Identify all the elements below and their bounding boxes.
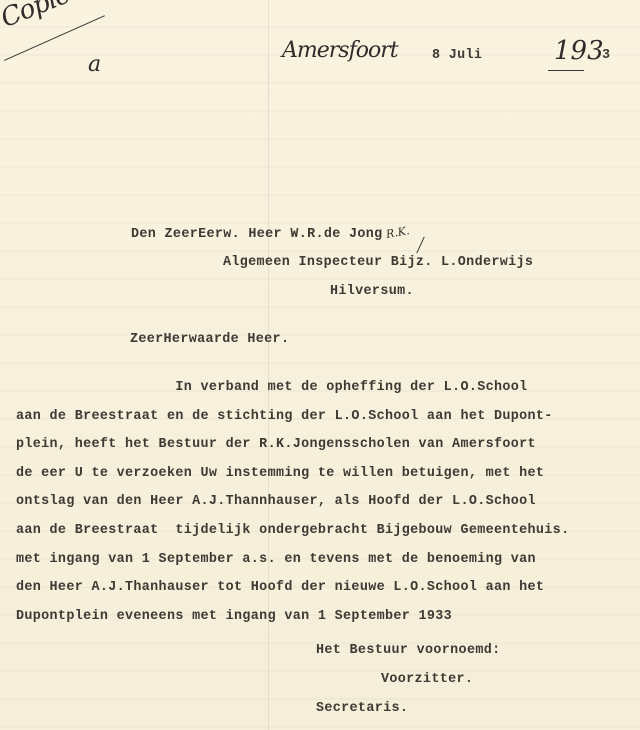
- body-line: aan de Breestraat en de stichting der L.…: [16, 409, 553, 425]
- closing-secretary: Secretaris.: [316, 701, 408, 717]
- closing-chairman: Voorzitter.: [381, 672, 473, 688]
- body-line: In verband met de opheffing der L.O.Scho…: [16, 380, 528, 396]
- addressee-title: Algemeen Inspecteur Bijz. L.Onderwijs: [223, 255, 533, 271]
- year-underline: [548, 70, 584, 71]
- body-line: ontslag van den Heer A.J.Thannhauser, al…: [16, 494, 536, 510]
- body-line: aan de Breestraat tijdelijk ondergebrach…: [16, 523, 569, 539]
- handwritten-corner-mark: a: [88, 52, 101, 77]
- body-line: den Heer A.J.Thanhauser tot Hoofd der ni…: [16, 580, 544, 596]
- closing-board: Het Bestuur voornoemd:: [316, 643, 501, 659]
- handwritten-place: Amersfoort: [282, 38, 398, 63]
- handwritten-year-prefix: 193: [554, 36, 604, 66]
- body-line: de eer U te verzoeken Uw instemming te w…: [16, 466, 544, 482]
- letter-year-suffix: 3: [602, 48, 610, 64]
- addressee-city: Hilversum.: [330, 284, 414, 300]
- body-line: plein, heeft het Bestuur der R.K.Jongens…: [16, 437, 536, 453]
- addressee-name: Den ZeerEerw. Heer W.R.de Jong: [131, 227, 383, 243]
- letter-date: 8 Juli: [432, 48, 482, 64]
- salutation: ZeerHerwaarde Heer.: [130, 332, 289, 348]
- body-line: Dupontplein eveneens met ingang van 1 Se…: [16, 609, 452, 625]
- body-line: met ingang van 1 September a.s. en teven…: [16, 552, 536, 568]
